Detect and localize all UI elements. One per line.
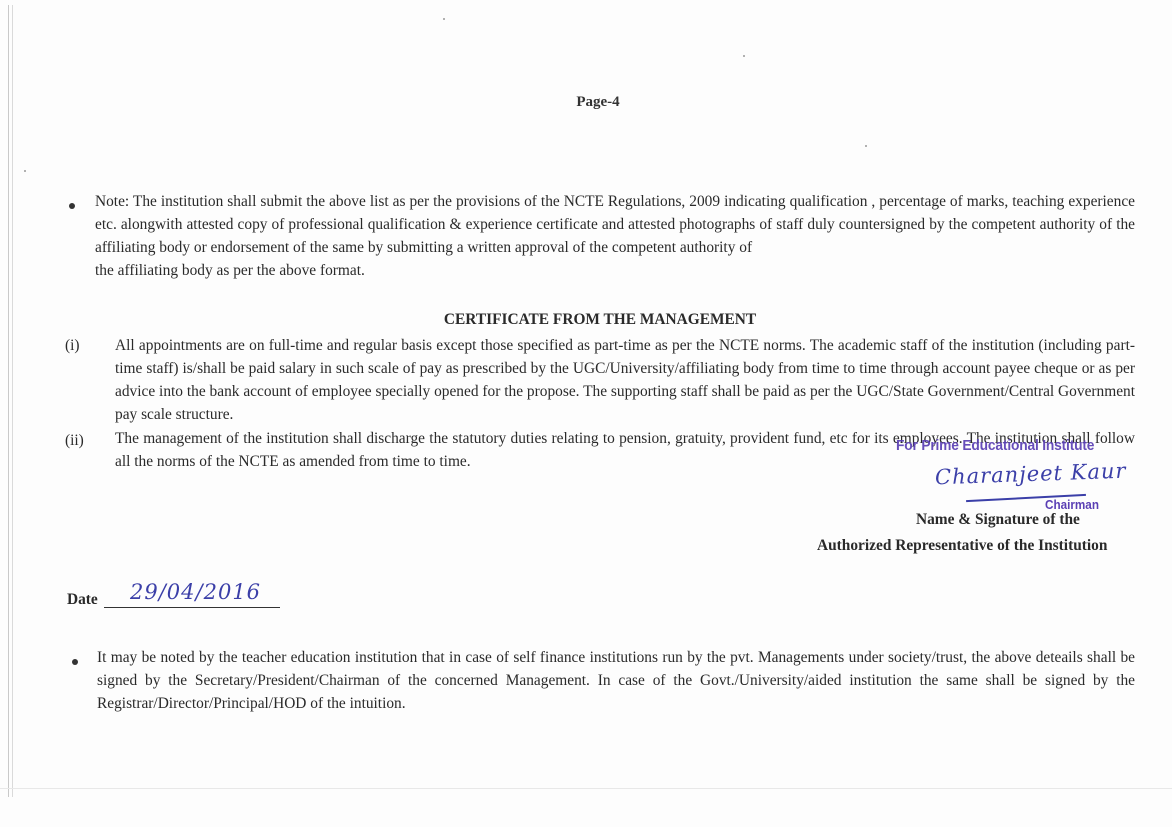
footer-note-paragraph: It may be noted by the teacher education…: [97, 646, 1135, 715]
certificate-title: CERTIFICATE FROM THE MANAGEMENT: [0, 311, 1172, 329]
scan-bottom-edge: [0, 788, 1172, 789]
scan-speck: [443, 18, 445, 20]
institution-stamp: For Prime Educational Institute: [896, 437, 1094, 454]
certificate-item-1: All appointments are on full-time and re…: [115, 334, 1135, 426]
note-text-last: the affiliating body as per the above fo…: [95, 259, 1135, 282]
bullet-icon: [72, 659, 78, 665]
date-label: Date: [67, 591, 98, 609]
note-text-main: Note: The institution shall submit the a…: [95, 190, 1135, 259]
item-number: (i): [65, 334, 80, 357]
scan-edge-line: [12, 5, 13, 797]
signature-label-line1: Name & Signature of the: [916, 511, 1080, 529]
page-number: Page-4: [0, 94, 1172, 111]
scan-speck: [865, 145, 867, 147]
scan-edge-line: [8, 5, 9, 797]
scan-speck: [24, 170, 26, 172]
handwritten-date: 29/04/2016: [130, 580, 261, 604]
note-paragraph: Note: The institution shall submit the a…: [95, 190, 1135, 282]
role-stamp: Chairman: [1045, 497, 1099, 512]
item-number: (ii): [65, 429, 84, 452]
date-underline: [104, 607, 280, 608]
bullet-icon: [69, 203, 75, 209]
footer-note-text: It may be noted by the teacher education…: [97, 649, 1135, 712]
scan-speck: [743, 55, 745, 57]
signature-label-line2: Authorized Representative of the Institu…: [817, 537, 1107, 555]
